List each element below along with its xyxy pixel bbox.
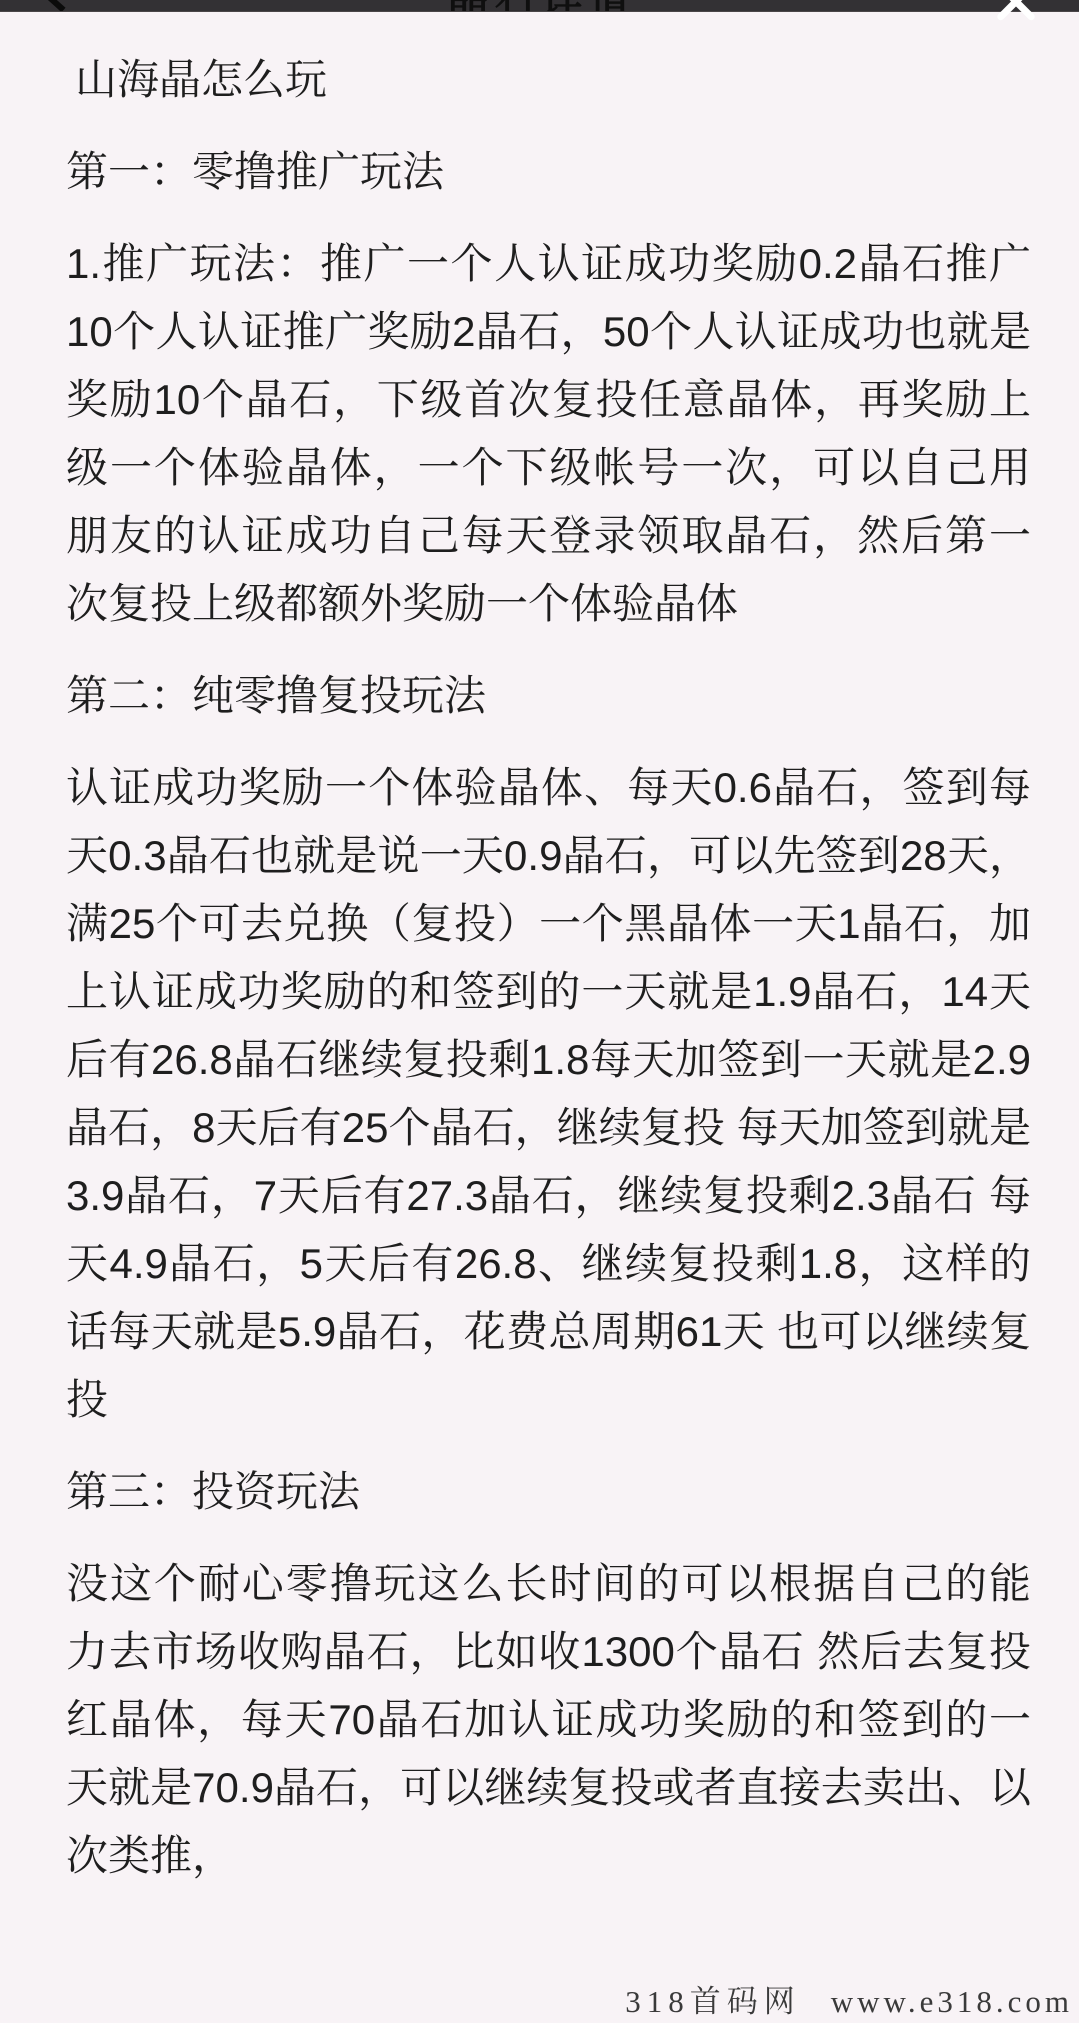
- watermark-site-name: 318首码网: [625, 1984, 801, 2019]
- app-bar: 晶石详情: [0, 0, 1079, 12]
- section-1-heading: 第一：零撸推广玩法: [66, 138, 1031, 206]
- section-1-body: 1.推广玩法：推广一个人认证成功奖励0.2晶石推广10个人认证推广奖励2晶石，5…: [66, 230, 1031, 638]
- watermark-site-url: www.e318.com: [831, 1984, 1073, 2019]
- page-title-clipped: 晶石详情: [448, 0, 636, 12]
- section-2-heading: 第二：纯零撸复投玩法: [66, 662, 1031, 730]
- back-icon[interactable]: [41, 0, 65, 12]
- watermark: 318首码网www.e318.com: [625, 1976, 1073, 2021]
- screen: 晶石详情 山海晶怎么玩 第一：零撸推广玩法 1.推广玩法：推广一个人认证成功奖励…: [0, 0, 1079, 2023]
- modal-title: 山海晶怎么玩: [66, 46, 1031, 114]
- section-3-body: 没这个耐心零撸玩这么长时间的可以根据自己的能力去市场收购晶石，比如收1300个晶…: [66, 1550, 1031, 1890]
- how-to-play-modal: 山海晶怎么玩 第一：零撸推广玩法 1.推广玩法：推广一个人认证成功奖励0.2晶石…: [0, 11, 1079, 2023]
- close-icon[interactable]: [991, 0, 1041, 26]
- section-3-heading: 第三：投资玩法: [66, 1458, 1031, 1526]
- section-2-body: 认证成功奖励一个体验晶体、每天0.6晶石，签到每天0.3晶石也就是说一天0.9晶…: [66, 754, 1031, 1434]
